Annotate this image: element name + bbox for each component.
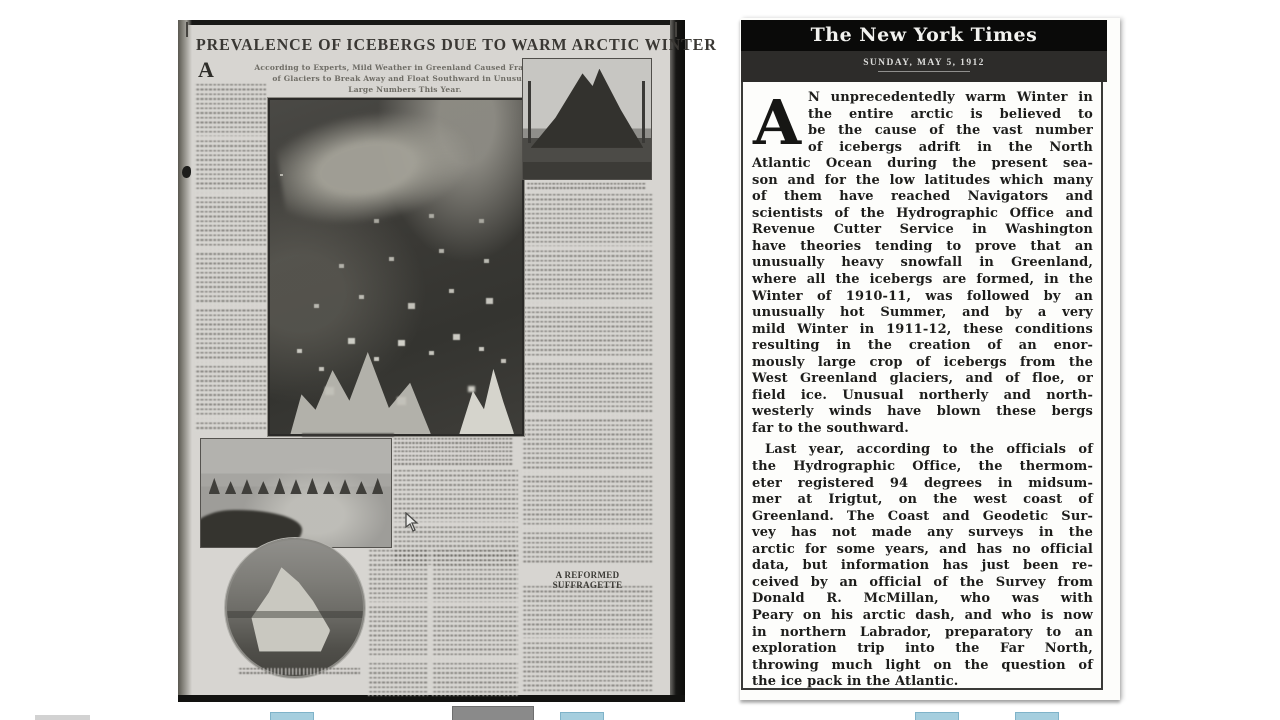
bottom-peek-button-4[interactable] (1015, 712, 1059, 720)
dateline-banner: SUNDAY, MAY 5, 1912 (741, 51, 1107, 82)
illustration-caption-text (393, 438, 513, 466)
iceberg-peak-shape (531, 69, 644, 148)
photo-frame-post-left (528, 81, 531, 143)
body-text-column-center-a (368, 550, 428, 696)
ice-floe-photo (200, 438, 392, 548)
body-text-column-right-lower (522, 586, 653, 694)
section-headline-suffragette: A REFORMED SUFFRAGETTE (522, 570, 653, 590)
photo-frame-post-right (642, 81, 645, 143)
iceberg-peak-photo (522, 58, 652, 180)
greenland-coast-swirl (273, 99, 479, 235)
video-frame: PREVALENCE OF ICEBERGS DUE TO WARM ARCTI… (0, 0, 1280, 720)
page-subtitle: According to Experts, Mild Weather in Gr… (240, 62, 570, 95)
bottom-peek-button-1[interactable] (270, 712, 314, 720)
peak-photo-caption (526, 183, 646, 191)
foreground-iceberg-right (459, 362, 514, 435)
scan-edge-right (670, 20, 685, 702)
body-text-column-left (195, 84, 266, 432)
circle-iceberg-shape (251, 567, 330, 651)
cursor-arrow-icon (405, 512, 419, 532)
scan-artifact-blob (182, 166, 191, 178)
foreground-iceberg (290, 345, 431, 435)
iceberg-drift-illustration (268, 98, 524, 436)
nytimes-article-clipping: The New York Times SUNDAY, MAY 5, 1912 A… (740, 18, 1120, 700)
scan-edge-bottom (178, 695, 685, 702)
circle-photo-caption (238, 668, 360, 675)
article-paragraph-1: A N unprecedentedly warm Winter inthe en… (752, 90, 1093, 437)
newspaper-page-scan: PREVALENCE OF ICEBERGS DUE TO WARM ARCTI… (178, 20, 685, 702)
horizon-iceberg-row (209, 478, 384, 494)
headline-bracket-left (186, 22, 188, 37)
iceberg-specks (280, 174, 283, 176)
iceberg-circle-photo (225, 538, 365, 678)
bottom-peek-item-faint[interactable] (35, 715, 90, 720)
circle-sea-line (227, 611, 363, 618)
bottom-peek-button-3[interactable] (915, 712, 959, 720)
nytimes-masthead: The New York Times (741, 20, 1107, 51)
headline-bracket-right (675, 22, 677, 37)
bottom-peek-button-gray[interactable] (452, 706, 534, 720)
page-headline: PREVALENCE OF ICEBERGS DUE TO WARM ARCTI… (196, 36, 664, 58)
illustration-caption-rule (302, 433, 394, 437)
scan-edge-left (178, 20, 192, 702)
article-body: A N unprecedentedly warm Winter inthe en… (752, 90, 1093, 691)
dateline-text: SUNDAY, MAY 5, 1912 (741, 51, 1107, 75)
body-text-column-right (522, 194, 653, 564)
bottom-peek-button-2[interactable] (560, 712, 604, 720)
photo-base-band (523, 162, 651, 179)
page-drop-cap: A (198, 59, 214, 81)
scan-edge-top (178, 20, 685, 25)
body-text-column-center-b (432, 550, 518, 696)
article-frame: A N unprecedentedly warm Winter inthe en… (741, 82, 1103, 690)
paragraph-2-lines: Last year, according to the officials of… (752, 442, 1093, 690)
mouse-cursor (405, 512, 419, 536)
paragraph-1-lines: N unprecedentedly warm Winter inthe enti… (752, 90, 1093, 437)
article-paragraph-2: Last year, according to the officials of… (752, 442, 1093, 690)
